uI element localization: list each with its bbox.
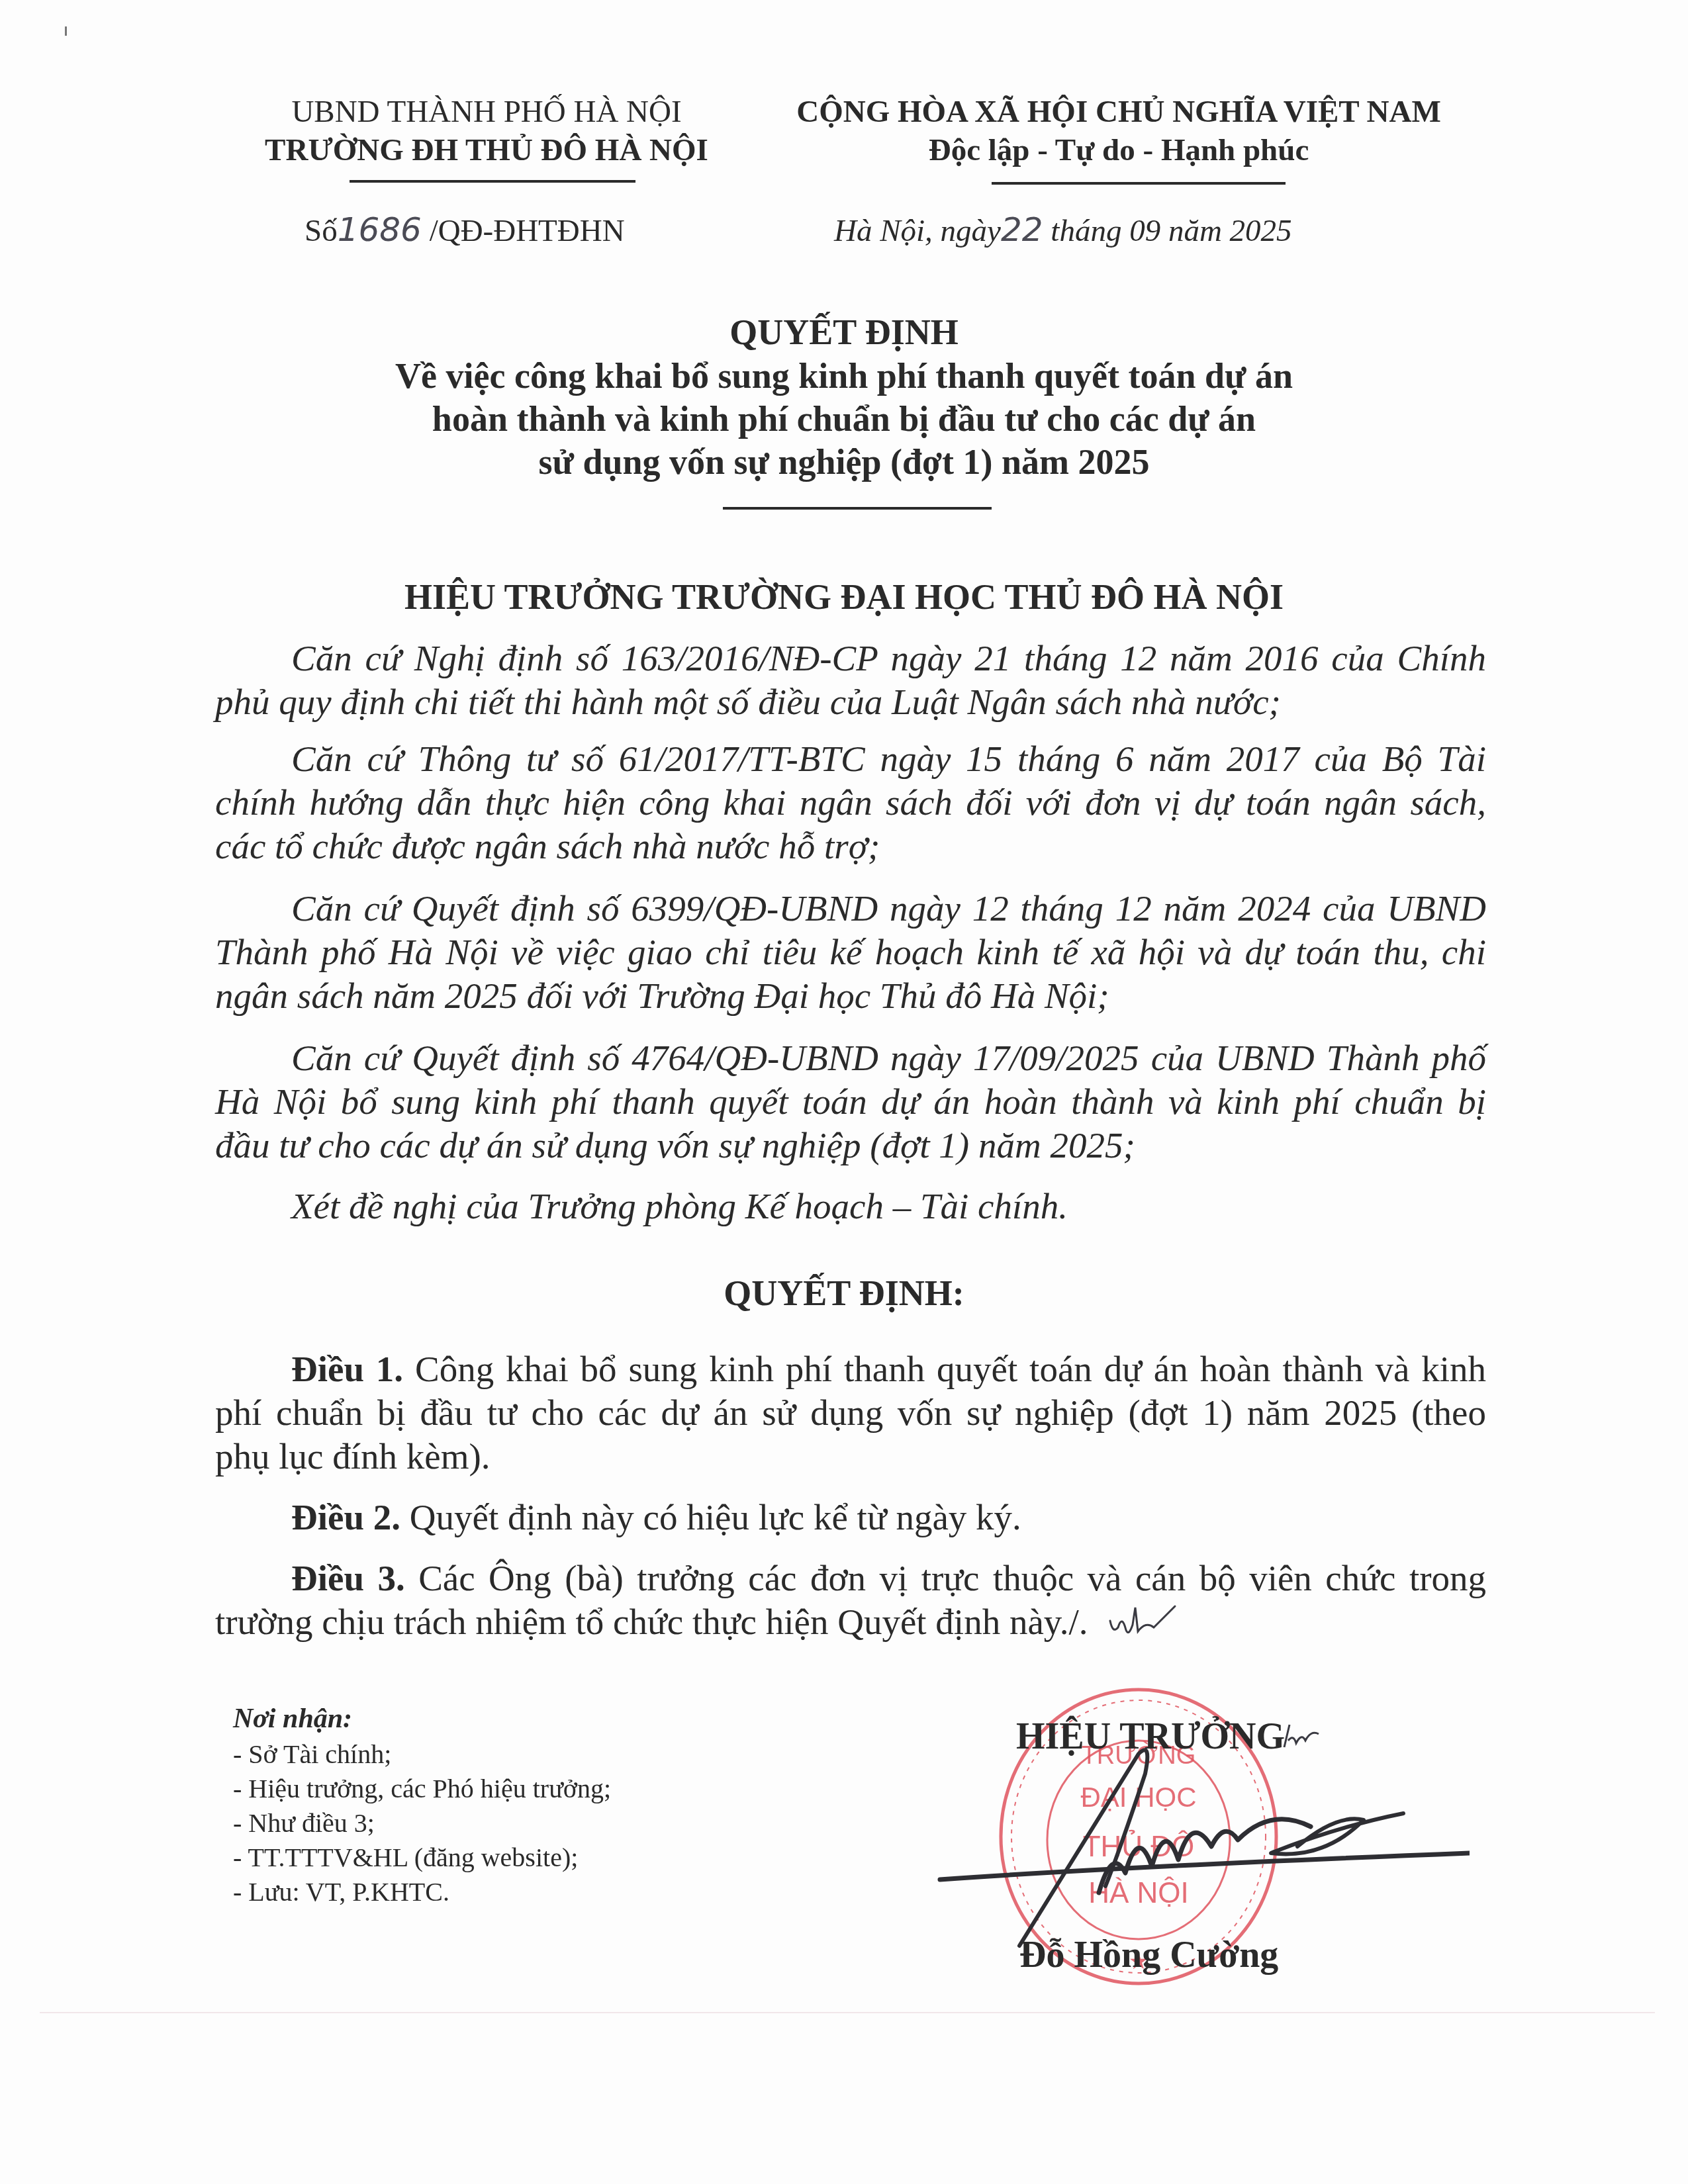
- date-suffix: tháng 09 năm 2025: [1043, 214, 1292, 248]
- basis-1-line-1: Căn cứ Nghị định số 163/2016/NĐ-CP ngày …: [291, 637, 1486, 680]
- basis-5-line-1: Xét đề nghị của Trưởng phòng Kế hoạch – …: [291, 1185, 1486, 1228]
- number-suffix: /QĐ-ĐHTĐHN: [422, 214, 625, 248]
- issue-date: Hà Nội, ngày22 tháng 09 năm 2025: [834, 210, 1292, 250]
- basis-2-line-2: chính hướng dẫn thực hiện công khai ngân…: [215, 781, 1486, 825]
- handwritten-signature-icon: [927, 1747, 1470, 1959]
- initial-mark-icon: [1106, 1601, 1179, 1641]
- article-2-label: Điều 2.: [291, 1497, 400, 1537]
- article-3-text-2: trường chịu trách nhiệm tổ chức thực hiệ…: [215, 1602, 1088, 1642]
- article-1-text: Công khai bổ sung kinh phí thanh quyết t…: [403, 1349, 1486, 1389]
- article-1-line-2: phí chuẩn bị đầu tư cho các dự án sử dụn…: [215, 1391, 1486, 1435]
- national-motto: Độc lập - Tự do - Hạnh phúc: [929, 131, 1309, 169]
- subject-line-3: sử dụng vốn sự nghiệp (đợt 1) năm 2025: [539, 441, 1150, 483]
- recipient-item: - Hiệu trưởng, các Phó hiệu trưởng;: [233, 1772, 611, 1805]
- recipient-item: - TT.TTTV&HL (đăng website);: [233, 1841, 578, 1874]
- basis-1-line-2: phủ quy định chi tiết thi hành một số đi…: [215, 680, 1486, 724]
- basis-4-line-2: Hà Nội bổ sung kinh phí thanh quyết toán…: [215, 1080, 1486, 1124]
- title-rule: [723, 507, 992, 510]
- article-1-line-3: phụ lục đính kèm).: [215, 1435, 1486, 1479]
- authority-name: UBND THÀNH PHỐ HÀ NỘI: [291, 93, 681, 131]
- basis-3-line-3: ngân sách năm 2025 đối với Trường Đại họ…: [215, 974, 1486, 1018]
- header-left-rule: [350, 180, 635, 183]
- article-1-line-1: Điều 1. Công khai bổ sung kinh phí thanh…: [291, 1347, 1486, 1391]
- article-3-label: Điều 3.: [291, 1558, 405, 1598]
- article-2-line-1: Điều 2. Quyết định này có hiệu lực kể từ…: [291, 1496, 1486, 1539]
- basis-3-line-1: Căn cứ Quyết định số 6399/QĐ-UBND ngày 1…: [291, 887, 1486, 931]
- header-right-rule: [992, 182, 1286, 185]
- organization-name: TRƯỜNG ĐH THỦ ĐÔ HÀ NỘI: [265, 131, 708, 169]
- article-3-text: Các Ông (bà) trưởng các đơn vị trực thuộ…: [405, 1558, 1486, 1598]
- article-2-text: Quyết định này có hiệu lực kể từ ngày ký…: [400, 1497, 1021, 1537]
- basis-2-line-3: các tổ chức được ngân sách nhà nước hỗ t…: [215, 825, 1486, 868]
- scan-speck: [65, 26, 67, 36]
- date-day-handwritten: 22: [1001, 210, 1043, 249]
- decision-heading: QUYẾT ĐỊNH:: [724, 1272, 964, 1314]
- article-1-label: Điều 1.: [291, 1349, 403, 1389]
- signer-name: Đỗ Hồng Cường: [1019, 1934, 1278, 1976]
- issuer-heading: HIỆU TRƯỞNG TRƯỜNG ĐẠI HỌC THỦ ĐÔ HÀ NỘI: [404, 576, 1284, 618]
- number-prefix: Số: [305, 214, 338, 248]
- document-type-heading: QUYẾT ĐỊNH: [729, 311, 959, 353]
- recipients-heading: Nơi nhận:: [233, 1702, 352, 1735]
- number-handwritten: 1686: [338, 210, 422, 249]
- recipient-item: - Như điều 3;: [233, 1807, 375, 1840]
- basis-2-line-1: Căn cứ Thông tư số 61/2017/TT-BTC ngày 1…: [291, 737, 1486, 781]
- article-3-line-1: Điều 3. Các Ông (bà) trưởng các đơn vị t…: [291, 1557, 1486, 1600]
- national-title: CỘNG HÒA XÃ HỘI CHỦ NGHĨA VIỆT NAM: [796, 93, 1441, 131]
- document-number: Số1686 /QĐ-ĐHTĐHN: [305, 210, 625, 250]
- basis-4-line-3: đầu tư cho các dự án sử dụng vốn sự nghi…: [215, 1124, 1486, 1167]
- article-3-line-2: trường chịu trách nhiệm tổ chức thực hiệ…: [215, 1600, 1486, 1644]
- recipient-item: - Sở Tài chính;: [233, 1738, 391, 1771]
- basis-4-line-1: Căn cứ Quyết định số 4764/QĐ-UBND ngày 1…: [291, 1036, 1486, 1080]
- recipient-item: - Lưu: VT, P.KHTC.: [233, 1876, 449, 1909]
- basis-3-line-2: Thành phố Hà Nội về việc giao chỉ tiêu k…: [215, 931, 1486, 974]
- subject-line-1: Về việc công khai bổ sung kinh phí thanh…: [395, 355, 1293, 397]
- scan-edge-line: [40, 2012, 1655, 2013]
- subject-line-2: hoàn thành và kinh phí chuẩn bị đầu tư c…: [432, 398, 1256, 440]
- date-prefix: Hà Nội, ngày: [834, 214, 1001, 248]
